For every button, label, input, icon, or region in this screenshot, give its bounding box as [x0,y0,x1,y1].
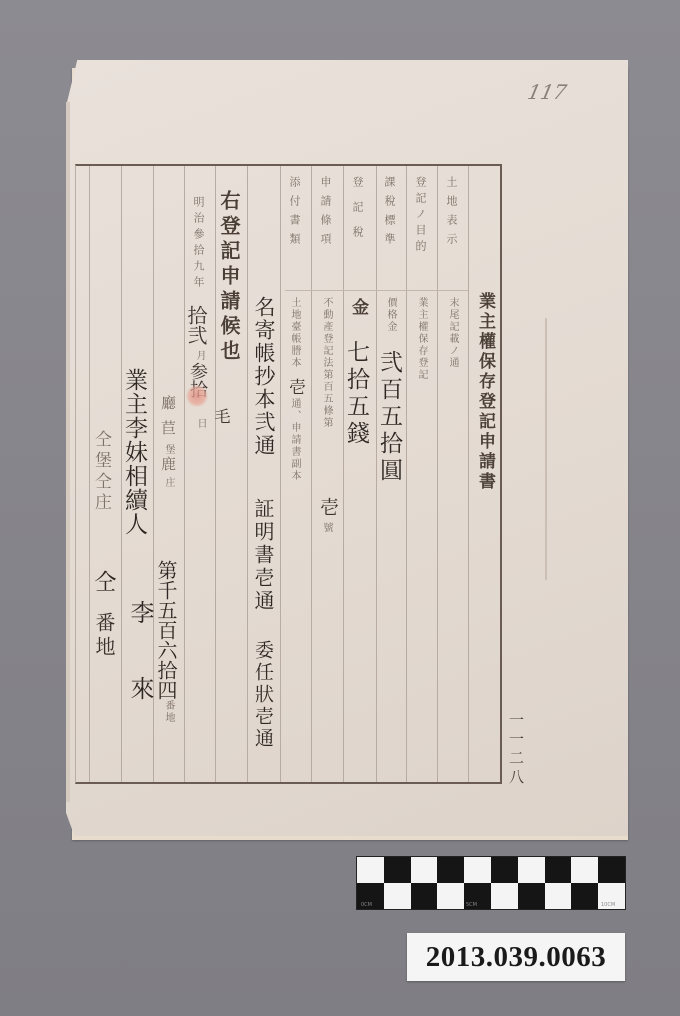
closing-signature-mark: 毛 [213,408,229,429]
attachment-printed-b: 通、申請書副本 [289,398,299,482]
paper-edge [66,102,70,802]
field-prefix-price: 價格金 [385,297,395,333]
column-rule [247,166,248,782]
applicant-address-lot: 第千五百六拾四 [156,560,176,700]
column-rule [343,166,344,782]
scale-label-10: 10CM [601,902,615,908]
applicant-address-printed-c: 庄 [163,477,173,489]
column-rule [89,166,90,782]
accession-number-label: 2013.039.0063 [407,933,625,981]
column-rule [280,166,281,782]
closing-era-year: 明治參拾九年 [193,196,204,292]
closing-statement: 右登記申請候也 [219,190,239,365]
applicant-address-printed-b: 堡 [163,444,173,456]
applicant-address-printed-a: 廳 [160,395,175,416]
document-title: 業主權保存登記申請書 [476,292,493,492]
field-label-registration-tax: 登記稅 [352,176,363,251]
applicant-name: 李 來 [128,600,152,714]
red-seal-stamp [186,385,208,407]
field-value-land: 末尾記載ノ通 [447,297,457,369]
closing-day-label: 日 [195,418,205,430]
column-rule [215,166,216,782]
applicant-address-suffix: 番地 [163,700,173,724]
closing-month-label: 月 [194,350,204,362]
applicant-address2-suffix: 番地 [94,612,114,660]
column-rule [311,166,312,782]
closing-month-handwritten: 拾弐 [186,305,206,345]
field-value-tax-basis: 弐百五拾圓 [377,350,400,485]
attachment-handwritten-2: 証明書壱通 [253,498,273,613]
attachment-handwritten-3: 委任狀壱通 [253,640,272,750]
column-rule [468,166,469,782]
column-rule [184,166,185,782]
margin-number-note: 一一二八 [508,712,523,788]
field-label-purpose: 登記ノ目的 [415,176,426,256]
field-label-tax-basis: 課稅標準 [384,176,395,252]
field-label-attachments: 添付書類 [289,176,300,252]
field-clause-suffix: 號 [321,522,331,534]
field-value-clause: 不動產登記法第百五條第 [321,297,331,429]
label-separator [285,290,468,291]
field-clause-number: 壱 [318,497,337,521]
attachment-count-a: 壱 [286,378,303,400]
scale-label-5: 5CM [466,902,477,908]
color-scale-bar [356,856,626,910]
field-label-land: 土地表示 [446,176,457,252]
field-label-clause: 申請條項 [320,176,331,252]
attachment-printed-a: 土地臺帳謄本 [289,297,299,369]
applicant-address2-same: 仝 [92,570,114,596]
applicant-address2-light: 仝堡仝庄 [92,430,109,514]
field-prefix-kin: 金 [349,298,366,320]
attachment-handwritten-1: 名寄帳抄本弐通 [253,296,274,457]
field-value-purpose: 業主權保存登記 [416,297,426,381]
applicant-address-hand-b: 鹿 [160,456,175,477]
pencil-page-number: 117 [526,82,568,102]
scale-label-0: 0CM [361,902,372,908]
applicant-role: 業主李妹相續人 [122,368,145,536]
column-rule [406,166,407,782]
applicant-address-hand-a: 苣 [160,420,175,441]
field-value-registration-tax: 七拾五錢 [344,340,367,448]
paper-fold-crease [545,318,547,580]
column-rule [437,166,438,782]
